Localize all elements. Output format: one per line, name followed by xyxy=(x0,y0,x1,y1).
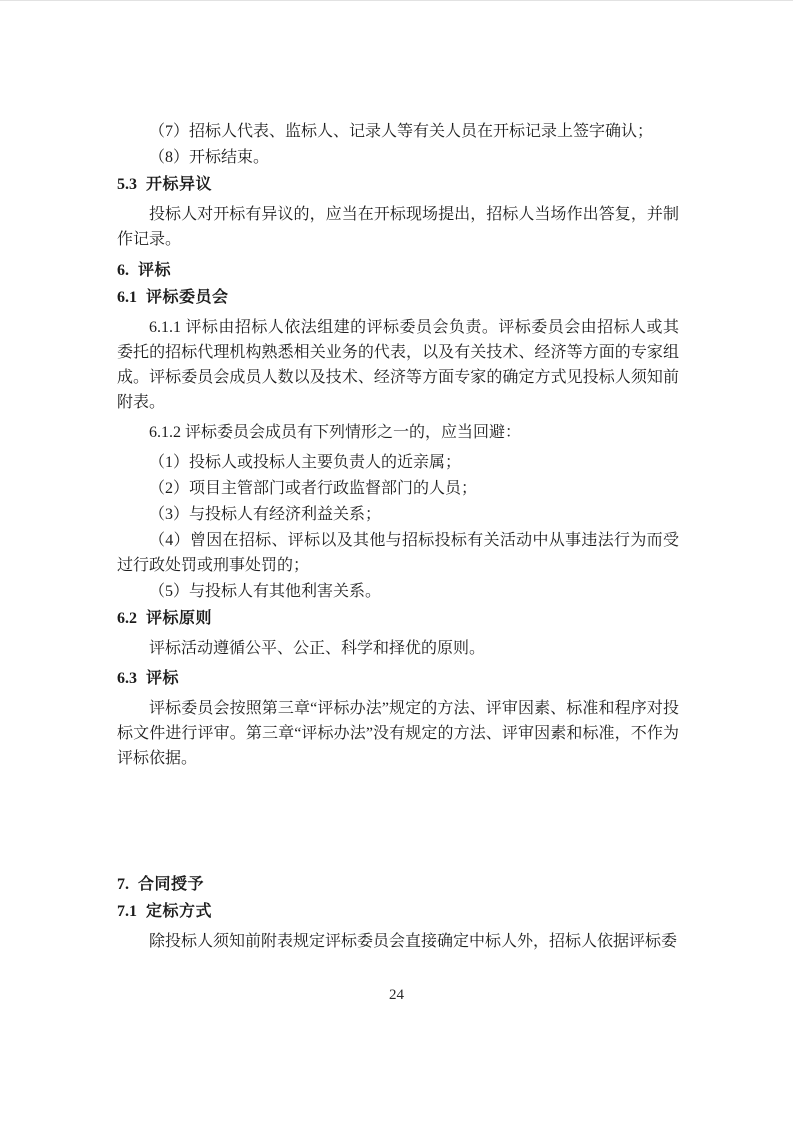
heading-number: 6.3 xyxy=(117,670,137,687)
heading-number: 6. xyxy=(117,262,129,279)
list-item: （1）投标人或投标人主要负责人的近亲属； xyxy=(117,450,679,475)
heading-label: 评标 xyxy=(138,262,171,279)
list-item: （4）曾因在招标、评标以及其他与招标投标有关活动中从事违法行为而受过行政处罚或刑… xyxy=(117,528,679,578)
list-item: （7）招标人代表、监标人、记录人等有关人员在开标记录上签字确认； xyxy=(117,119,679,144)
section-heading: 5.3开标异议 xyxy=(117,172,679,197)
heading-number: 6.1 xyxy=(117,289,137,306)
page-number: 24 xyxy=(0,985,793,1005)
heading-label: 定标方式 xyxy=(146,903,212,920)
paragraph: 6.1.1 评标由招标人依法组建的评标委员会负责。评标委员会由招标人或其委托的招… xyxy=(117,315,679,415)
document-body: （7）招标人代表、监标人、记录人等有关人员在开标记录上签字确认；（8）开标结束。… xyxy=(117,118,679,959)
chapter-heading: 6.评标 xyxy=(117,258,679,283)
paragraph: 除投标人须知前附表规定评标委员会直接确定中标人外，招标人依据评标委 xyxy=(117,929,679,954)
heading-label: 评标委员会 xyxy=(146,289,229,306)
paragraph: 评标活动遵循公平、公正、科学和择优的原则。 xyxy=(117,636,679,661)
chapter-heading: 7.合同授予 xyxy=(117,872,679,897)
section-heading: 6.3评标 xyxy=(117,666,679,691)
heading-label: 评标原则 xyxy=(146,610,212,627)
document-page: { "page": { "number": "24" }, "document"… xyxy=(0,0,793,1122)
paragraph: 评标委员会按照第三章“评标办法”规定的方法、评审因素、标准和程序对投标文件进行评… xyxy=(117,696,679,771)
heading-label: 评标 xyxy=(146,670,179,687)
paragraph: 6.1.2 评标委员会成员有下列情形之一的，应当回避： xyxy=(117,420,679,445)
heading-number: 7.1 xyxy=(117,903,137,920)
list-item: （8）开标结束。 xyxy=(117,145,679,170)
heading-label: 开标异议 xyxy=(146,176,212,193)
heading-number: 6.2 xyxy=(117,610,137,627)
section-gap xyxy=(117,776,679,866)
list-item: （5）与投标人有其他利害关系。 xyxy=(117,579,679,604)
section-heading: 7.1定标方式 xyxy=(117,899,679,924)
heading-label: 合同授予 xyxy=(138,876,204,893)
section-heading: 6.2评标原则 xyxy=(117,606,679,631)
paragraph: 投标人对开标有异议的，应当在开标现场提出，招标人当场作出答复，并制作记录。 xyxy=(117,202,679,252)
page: （7）招标人代表、监标人、记录人等有关人员在开标记录上签字确认；（8）开标结束。… xyxy=(0,1,793,1122)
section-heading: 6.1评标委员会 xyxy=(117,285,679,310)
list-item: （3）与投标人有经济利益关系； xyxy=(117,502,679,527)
list-item: （2）项目主管部门或者行政监督部门的人员； xyxy=(117,476,679,501)
heading-number: 5.3 xyxy=(117,176,137,193)
heading-number: 7. xyxy=(117,876,129,893)
